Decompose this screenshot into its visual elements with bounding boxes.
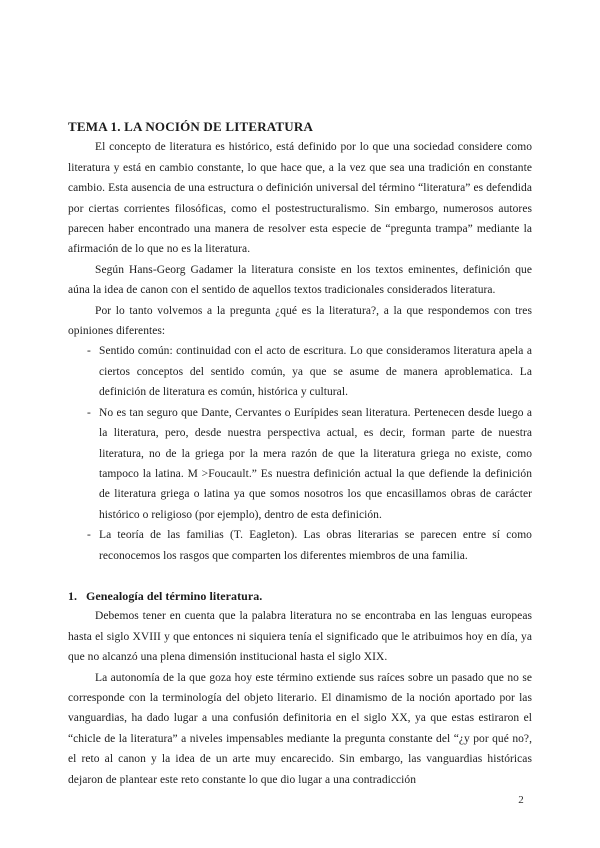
bullet-list: - Sentido común: continuidad con el acto… (68, 341, 532, 565)
intro-paragraph-1: El concepto de literatura es histórico, … (68, 137, 532, 259)
intro-paragraph-3: Por lo tanto volvemos a la pregunta ¿qué… (68, 301, 532, 342)
bullet-dash-icon: - (87, 341, 99, 361)
document-content: TEMA 1. LA NOCIÓN DE LITERATURA El conce… (68, 117, 532, 790)
bullet-item: - La teoría de las familias (T. Eagleton… (68, 525, 532, 566)
section-title: Genealogía del término literatura. (86, 586, 532, 606)
section-heading: 1. Genealogía del término literatura. (68, 586, 532, 606)
page-number: 2 (511, 794, 531, 806)
document-title: TEMA 1. LA NOCIÓN DE LITERATURA (68, 117, 532, 137)
bullet-item: - No es tan seguro que Dante, Cervantes … (68, 403, 532, 525)
bullet-dash-icon: - (87, 525, 99, 545)
intro-paragraph-2: Según Hans-Georg Gadamer la literatura c… (68, 260, 532, 301)
section-paragraph-2: La autonomía de la que goza hoy este tér… (68, 668, 532, 790)
bullet-dash-icon: - (87, 403, 99, 423)
section-paragraph-1: Debemos tener en cuenta que la palabra l… (68, 606, 532, 667)
bullet-item: - Sentido común: continuidad con el acto… (68, 341, 532, 402)
bullet-text: No es tan seguro que Dante, Cervantes o … (99, 403, 532, 525)
document-page: TEMA 1. LA NOCIÓN DE LITERATURA El conce… (0, 0, 600, 848)
section-number: 1. (68, 586, 86, 606)
bullet-text: Sentido común: continuidad con el acto d… (99, 341, 532, 402)
bullet-text: La teoría de las familias (T. Eagleton).… (99, 525, 532, 566)
